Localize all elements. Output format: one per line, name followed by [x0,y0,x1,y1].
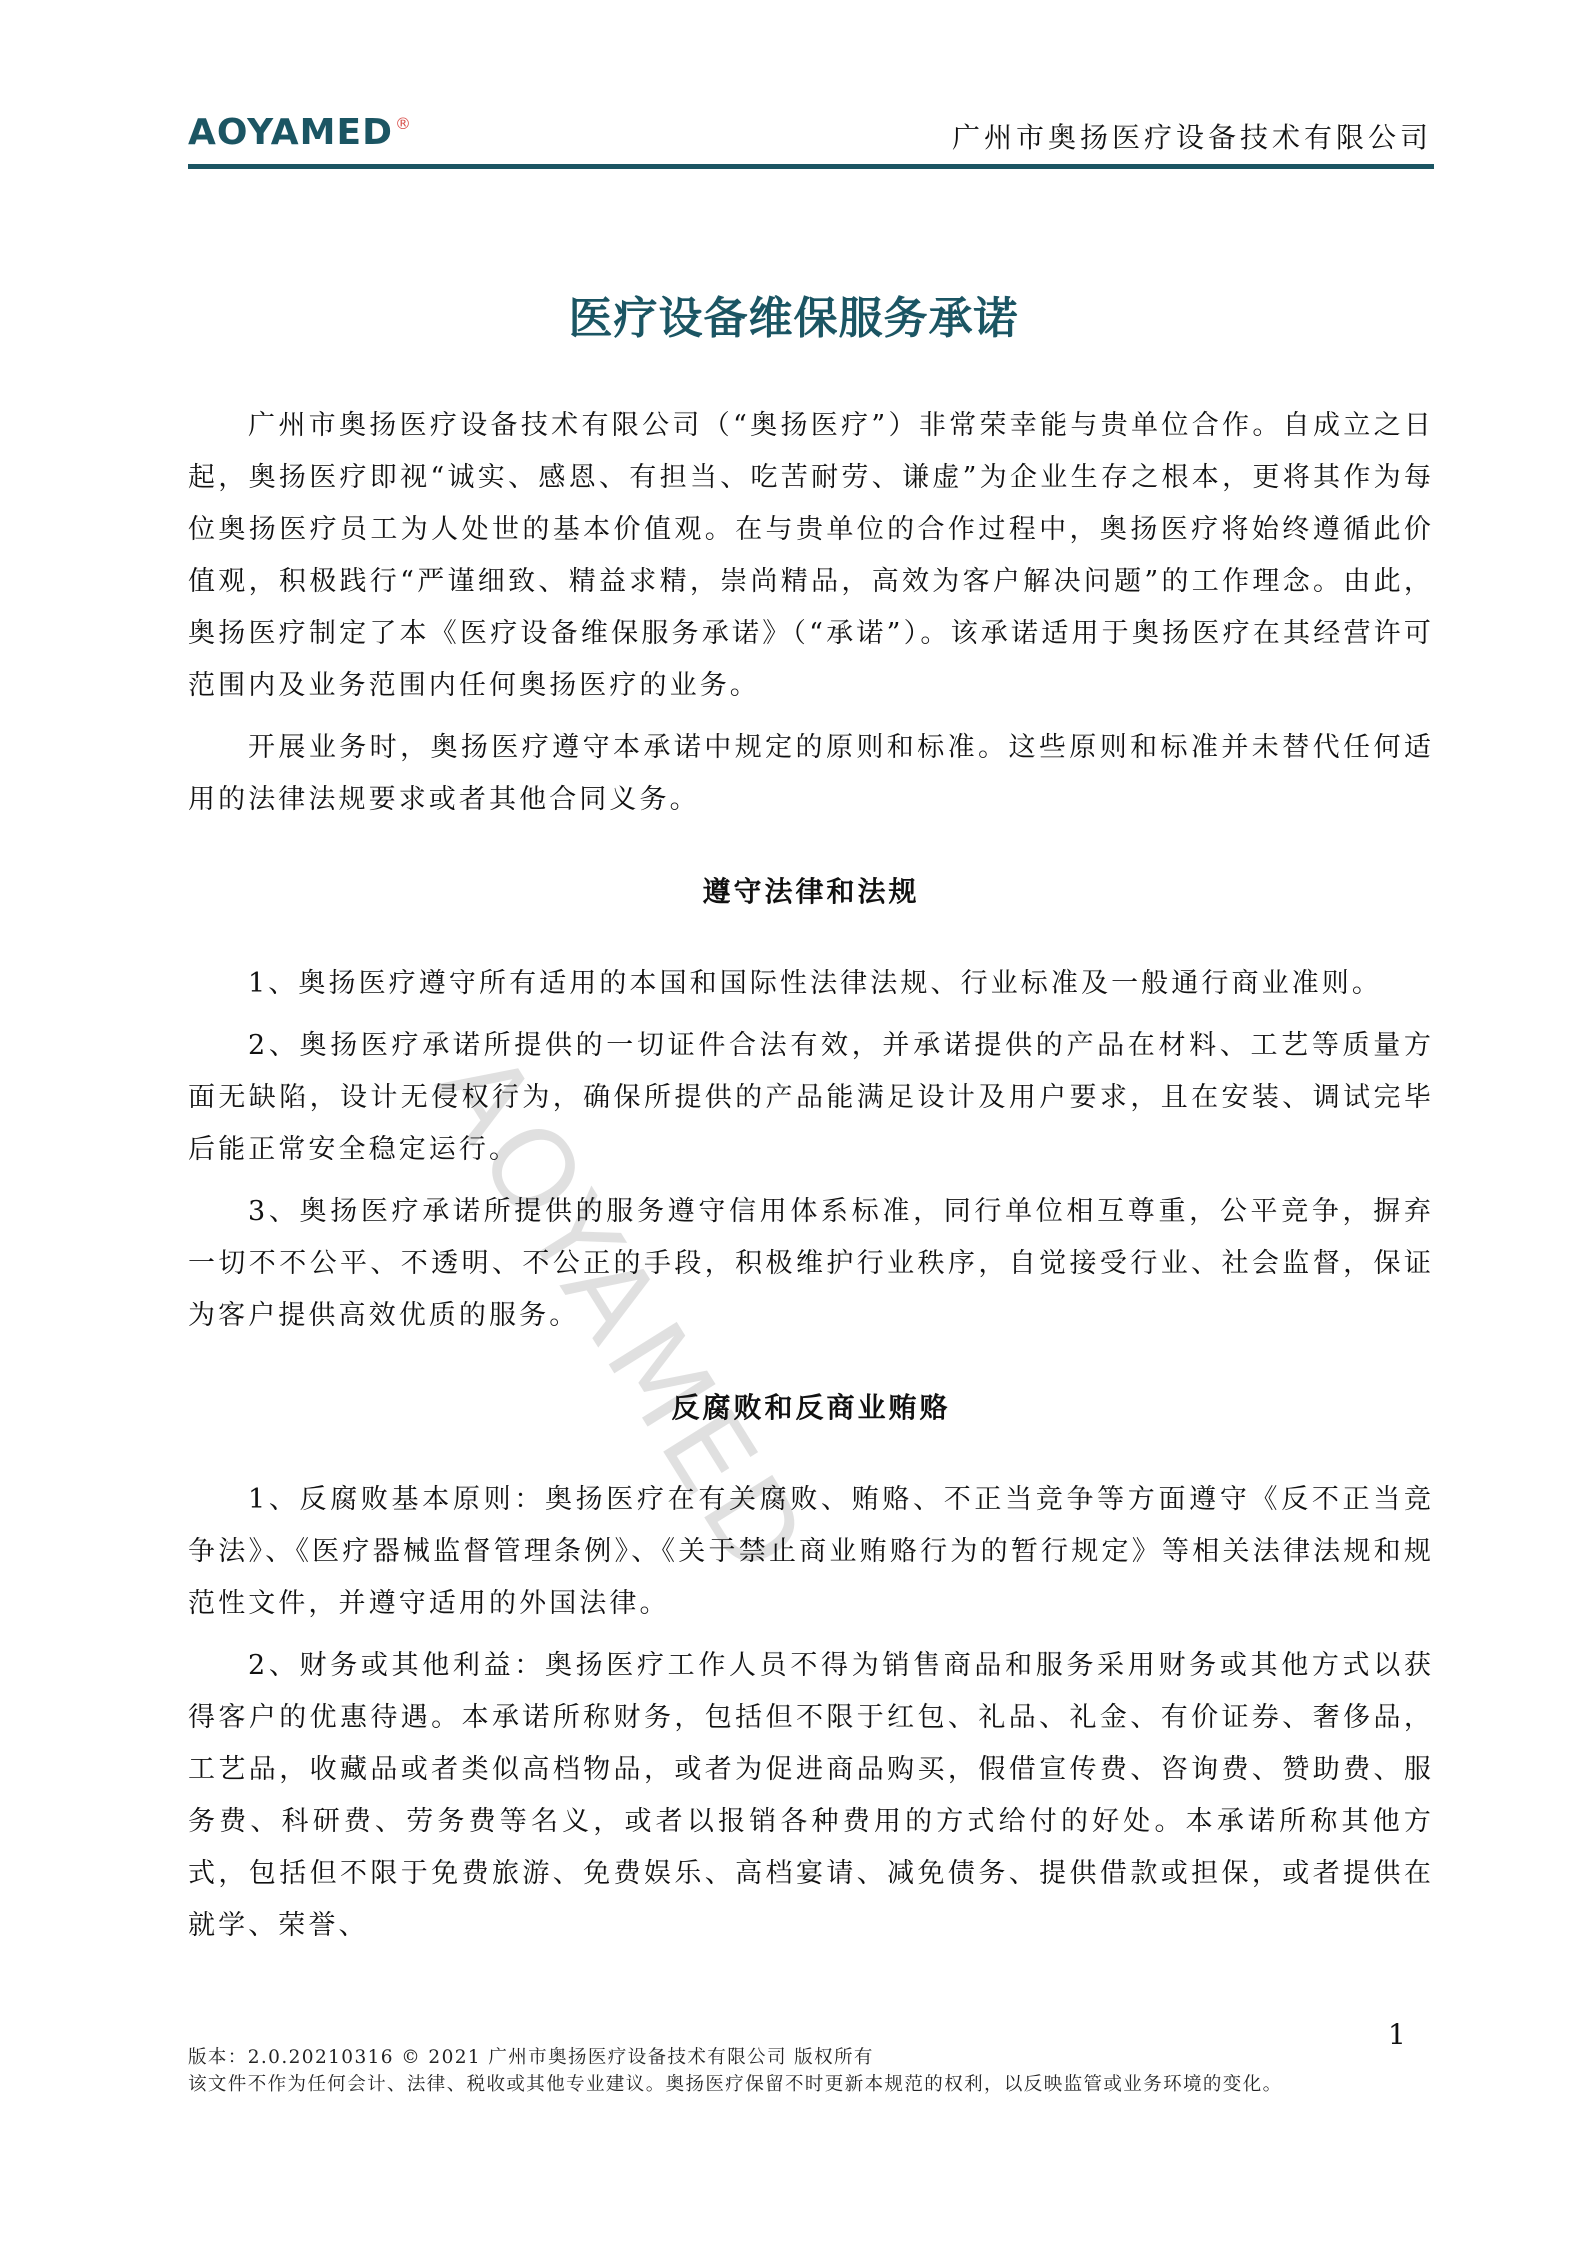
intro-paragraph: 广州市奥扬医疗设备技术有限公司（“奥扬医疗”）非常荣幸能与贵单位合作。自成立之日… [188,400,1434,712]
section-paragraph: 2、奥扬医疗承诺所提供的一切证件合法有效，并承诺提供的产品在材料、工艺等质量方面… [188,1020,1434,1176]
company-logo: AOYAMED® [188,112,412,153]
section-paragraph: 1、反腐败基本原则：奥扬医疗在有关腐败、贿赂、不正当竞争等方面遵守《反不正当竞争… [188,1474,1434,1630]
page-footer: 版本：2.0.20210316 © 2021 广州市奥扬医疗设备技术有限公司 版… [188,2044,1438,2098]
logo-text: AOYAMED [188,112,393,153]
document-body: 广州市奥扬医疗设备技术有限公司（“奥扬医疗”）非常荣幸能与贵单位合作。自成立之日… [188,400,1434,1962]
section-paragraph: 3、奥扬医疗承诺所提供的服务遵守信用体系标准，同行单位相互尊重，公平竞争，摒弃一… [188,1186,1434,1342]
intro-paragraph: 开展业务时，奥扬医疗遵守本承诺中规定的原则和标准。这些原则和标准并未替代任何适用… [188,722,1434,826]
section-paragraph: 2、财务或其他利益：奥扬医疗工作人员不得为销售商品和服务采用财务或其他方式以获得… [188,1640,1434,1952]
header-company-name: 广州市奥扬医疗设备技术有限公司 [952,116,1432,156]
header-divider [188,164,1434,169]
section-heading: 反腐败和反商业贿赂 [188,1386,1434,1426]
document-title: 医疗设备维保服务承诺 [0,282,1587,346]
section-heading: 遵守法律和法规 [188,870,1434,910]
section-paragraph: 1、奥扬医疗遵守所有适用的本国和国际性法律法规、行业标准及一般通行商业准则。 [188,958,1434,1010]
footer-disclaimer: 该文件不作为任何会计、法律、税收或其他专业建议。奥扬医疗保留不时更新本规范的权利… [188,2071,1438,2098]
page-header: AOYAMED® 广州市奥扬医疗设备技术有限公司 [188,108,1432,170]
registered-mark-icon: ® [395,114,412,133]
document-page: AOYAMED® 广州市奥扬医疗设备技术有限公司 医疗设备维保服务承诺 AOYA… [0,0,1587,2245]
footer-version-line: 版本：2.0.20210316 © 2021 广州市奥扬医疗设备技术有限公司 版… [188,2044,1438,2071]
